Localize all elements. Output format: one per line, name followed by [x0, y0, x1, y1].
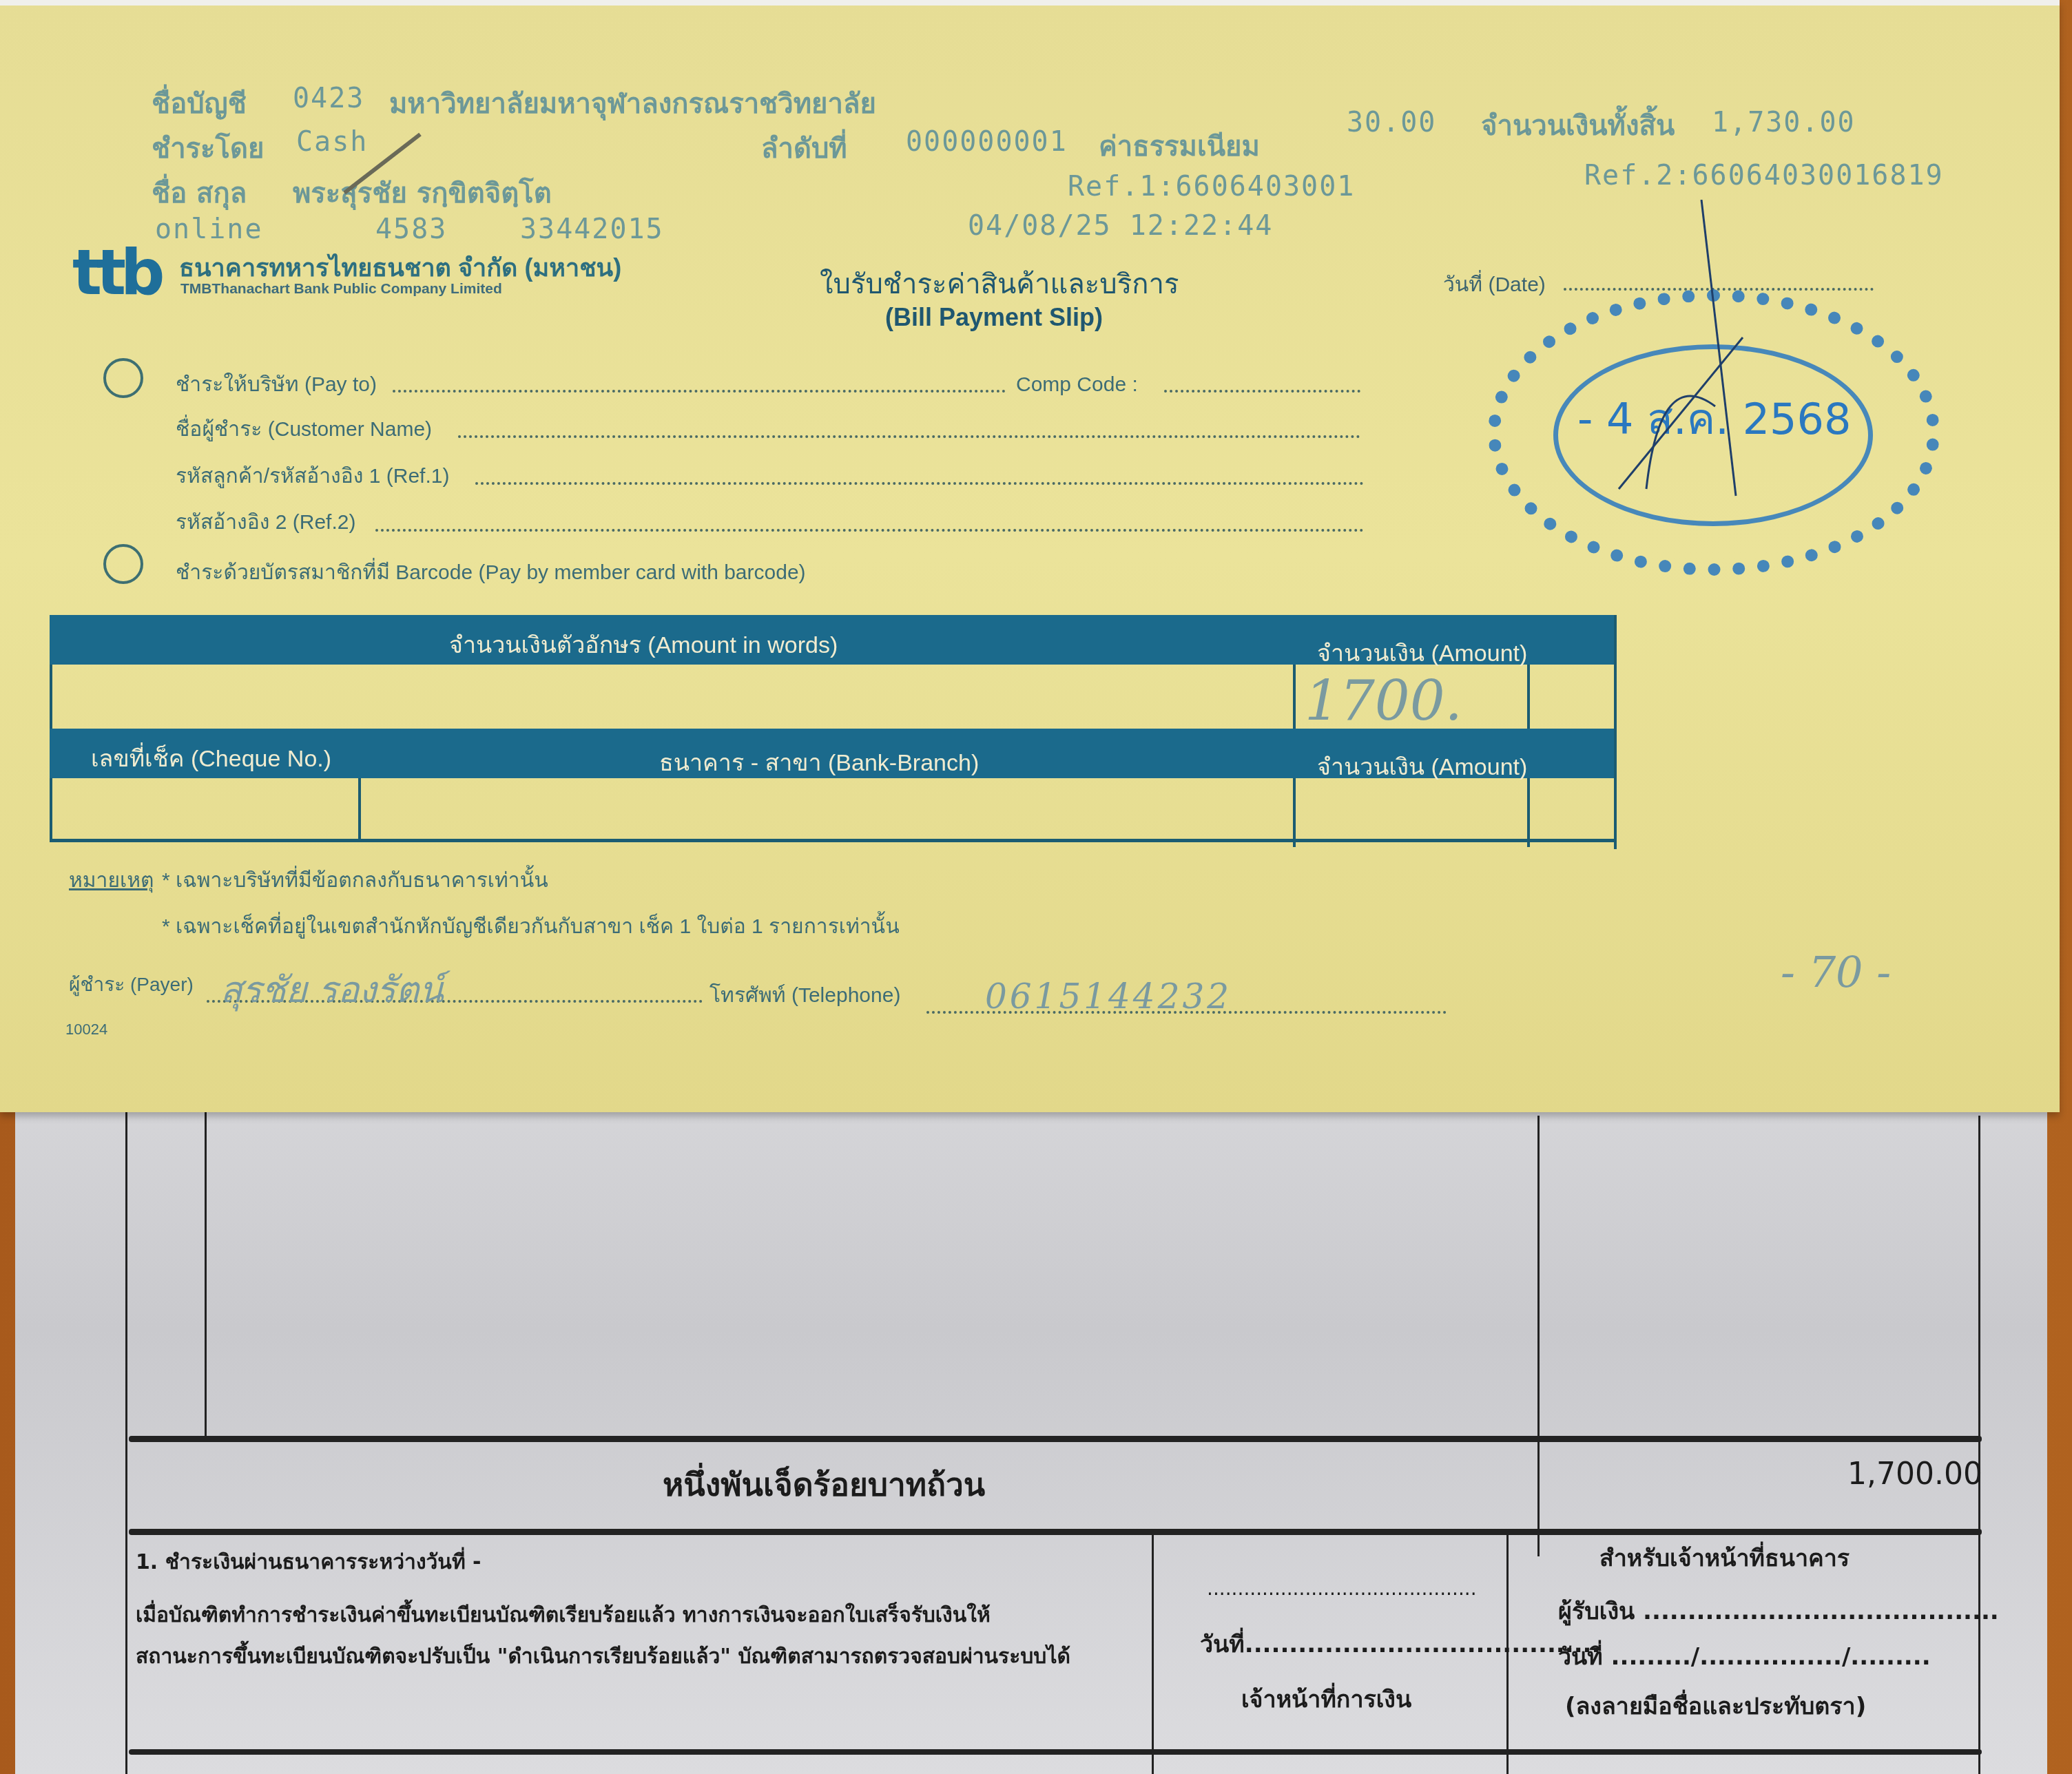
instruction-line-1: 1. ชำระเงินผ่านธนาคารระหว่างวันที่ -: [136, 1546, 481, 1578]
cheque-header-bar: เลขที่เช็ค (Cheque No.) ธนาคาร - สาขา (B…: [50, 729, 1617, 778]
ref1-label: รหัสลูกค้า/รหัสอ้างอิง 1 (Ref.1): [176, 460, 449, 492]
registration-payment-form: หนึ่งพันเจ็ดร้อยบาทถ้วน 1,700.00 1. ชำระ…: [15, 1033, 2047, 1774]
fee-label: ค่าธรรมเนียม: [1099, 124, 1260, 168]
cell-border: [1527, 778, 1530, 847]
account-label: ชื่อบัญชี: [152, 81, 247, 125]
instruction-line-2: เมื่อบัณฑิตทำการชำระเงินค่าขึ้นทะเบียนบั…: [136, 1599, 991, 1631]
ref2-field[interactable]: [375, 529, 1364, 532]
sequence-label: ลำดับที่: [761, 126, 847, 170]
timestamp: 04/08/25 12:22:44: [968, 210, 1273, 242]
bill-payment-slip: ชื่อบัญชี 0423 มหาวิทยาลัยมหาจุฬาลงกรณรา…: [0, 0, 2060, 1112]
payment-method-label: ชำระโดย: [152, 126, 264, 170]
total-label: จำนวนเงินทั้งสิ้น: [1481, 103, 1675, 147]
amount-total: 1,700.00: [1847, 1457, 1982, 1492]
fee-amount: 30.00: [1347, 107, 1436, 138]
account-name: มหาวิทยาลัยมหาจุฬาลงกรณราชวิทยาลัย: [389, 81, 876, 125]
cell-border: [1614, 615, 1617, 849]
cheque-no-header: เลขที่เช็ค (Cheque No.): [91, 740, 331, 777]
cell-border: [1527, 665, 1530, 733]
receiver-field: ผู้รับเงิน .............................…: [1558, 1592, 1999, 1629]
customer-name-field[interactable]: [458, 435, 1360, 438]
cheque-amount-field[interactable]: [1296, 778, 1524, 844]
cheque-no-field[interactable]: [52, 778, 355, 840]
sign-stamp-label: (ลงลายมือชื่อและประทับตรา): [1565, 1687, 1866, 1724]
table-rule: [129, 1749, 1982, 1755]
bank-officer-header: สำหรับเจ้าหน้าที่ธนาคาร: [1599, 1539, 1850, 1576]
bank-date-field: วันที่ ........./................/......…: [1558, 1638, 1931, 1675]
bank-branch-field[interactable]: [361, 778, 1291, 840]
note-1: * เฉพาะบริษัทที่มีข้อตกลงกับธนาคารเท่านั…: [162, 864, 548, 897]
ref1-printed: Ref.1:6606403001: [1068, 171, 1355, 202]
telephone-label: โทรศัพท์ (Telephone): [709, 979, 900, 1012]
finance-date-field: วันที่..................................…: [1200, 1625, 1600, 1662]
name-label: ชื่อ สกุล: [152, 171, 247, 215]
bank-branch-header: ธนาคาร - สาขา (Bank-Branch): [659, 744, 979, 781]
telephone-handwritten: 0615144232: [985, 977, 1232, 1016]
total-amount: 1,730.00: [1712, 107, 1856, 138]
slip-title-english: (Bill Payment Slip): [885, 303, 1103, 332]
checkmark-icon: [331, 127, 434, 203]
ref2-printed: Ref.2:66064030016819: [1584, 160, 1944, 191]
amount-header-bar: จำนวนเงินตัวอักษร (Amount in words) จำนว…: [50, 615, 1617, 665]
amount-words-header: จำนวนเงินตัวอักษร (Amount in words): [449, 626, 838, 663]
table-border-left: [125, 1033, 127, 1774]
customer-name-label: ชื่อผู้ชำระ (Customer Name): [176, 413, 432, 446]
table-column-line: [1537, 1116, 1540, 1556]
amount-words-field[interactable]: [52, 665, 1292, 733]
member-card-radio[interactable]: [103, 544, 143, 584]
table-column-line: [1152, 1532, 1154, 1774]
amount-handwritten[interactable]: 1700.: [1305, 669, 1462, 733]
table-rule: [129, 1529, 1982, 1535]
cell-border: [1293, 778, 1296, 847]
form-code: 10024: [65, 1021, 107, 1039]
margin-note: - 70 -: [1781, 947, 1891, 997]
channel: online: [155, 213, 263, 245]
terminal-code: 33442015: [520, 213, 664, 245]
cell-border: [1293, 665, 1296, 733]
table-rule: [129, 1436, 1982, 1442]
comp-code-field[interactable]: [1164, 390, 1360, 393]
ttb-logo: ttb: [72, 242, 159, 304]
pay-to-radio[interactable]: [103, 358, 143, 398]
payer-label: ผู้ชำระ (Payer): [69, 970, 194, 1000]
payment-amount-table: จำนวนเงินตัวอักษร (Amount in words) จำนว…: [50, 615, 1617, 849]
cell-border: [50, 839, 1617, 842]
bank-name-english: TMBThanachart Bank Public Company Limite…: [180, 281, 502, 298]
finance-officer-label: เจ้าหน้าที่การเงิน: [1241, 1680, 1411, 1718]
pay-to-field[interactable]: [393, 390, 1006, 393]
ref2-label: รหัสอ้างอิง 2 (Ref.2): [176, 506, 355, 539]
sequence-number: 000000001: [906, 126, 1068, 158]
amount-in-words: หนึ่งพันเจ็ดร้อยบาทถ้วน: [663, 1460, 985, 1510]
note-2: * เฉพาะเช็คที่อยู่ในเขตสำนักหักบัญชีเดีย…: [162, 910, 900, 943]
notes-label: หมายเหตุ: [69, 864, 154, 897]
finance-signature-line: ........................................…: [1207, 1577, 1477, 1600]
table-border-right: [1978, 1116, 1980, 1774]
pay-to-label: ชำระให้บริษัท (Pay to): [176, 368, 377, 401]
pen-mark-icon: [1481, 200, 1825, 530]
instruction-line-3: สถานะการขึ้นทะเบียนบัณฑิตจะปรับเป็น "ดำเ…: [136, 1640, 1070, 1673]
comp-code-label: Comp Code :: [1016, 373, 1138, 397]
ref1-field[interactable]: [475, 482, 1364, 485]
payer-signature: สุรชัย รองรัตน์: [220, 961, 444, 1018]
member-card-label: ชำระด้วยบัตรสมาชิกที่มี Barcode (Pay by …: [176, 556, 806, 589]
paper-edge: [0, 0, 2060, 6]
amount-header: จำนวนเงิน (Amount): [1317, 634, 1527, 671]
branch-code: 4583: [375, 213, 447, 245]
account-number: 0423: [293, 83, 364, 114]
slip-title-thai: ใบรับชำระค่าสินค้าและบริการ: [820, 262, 1179, 306]
